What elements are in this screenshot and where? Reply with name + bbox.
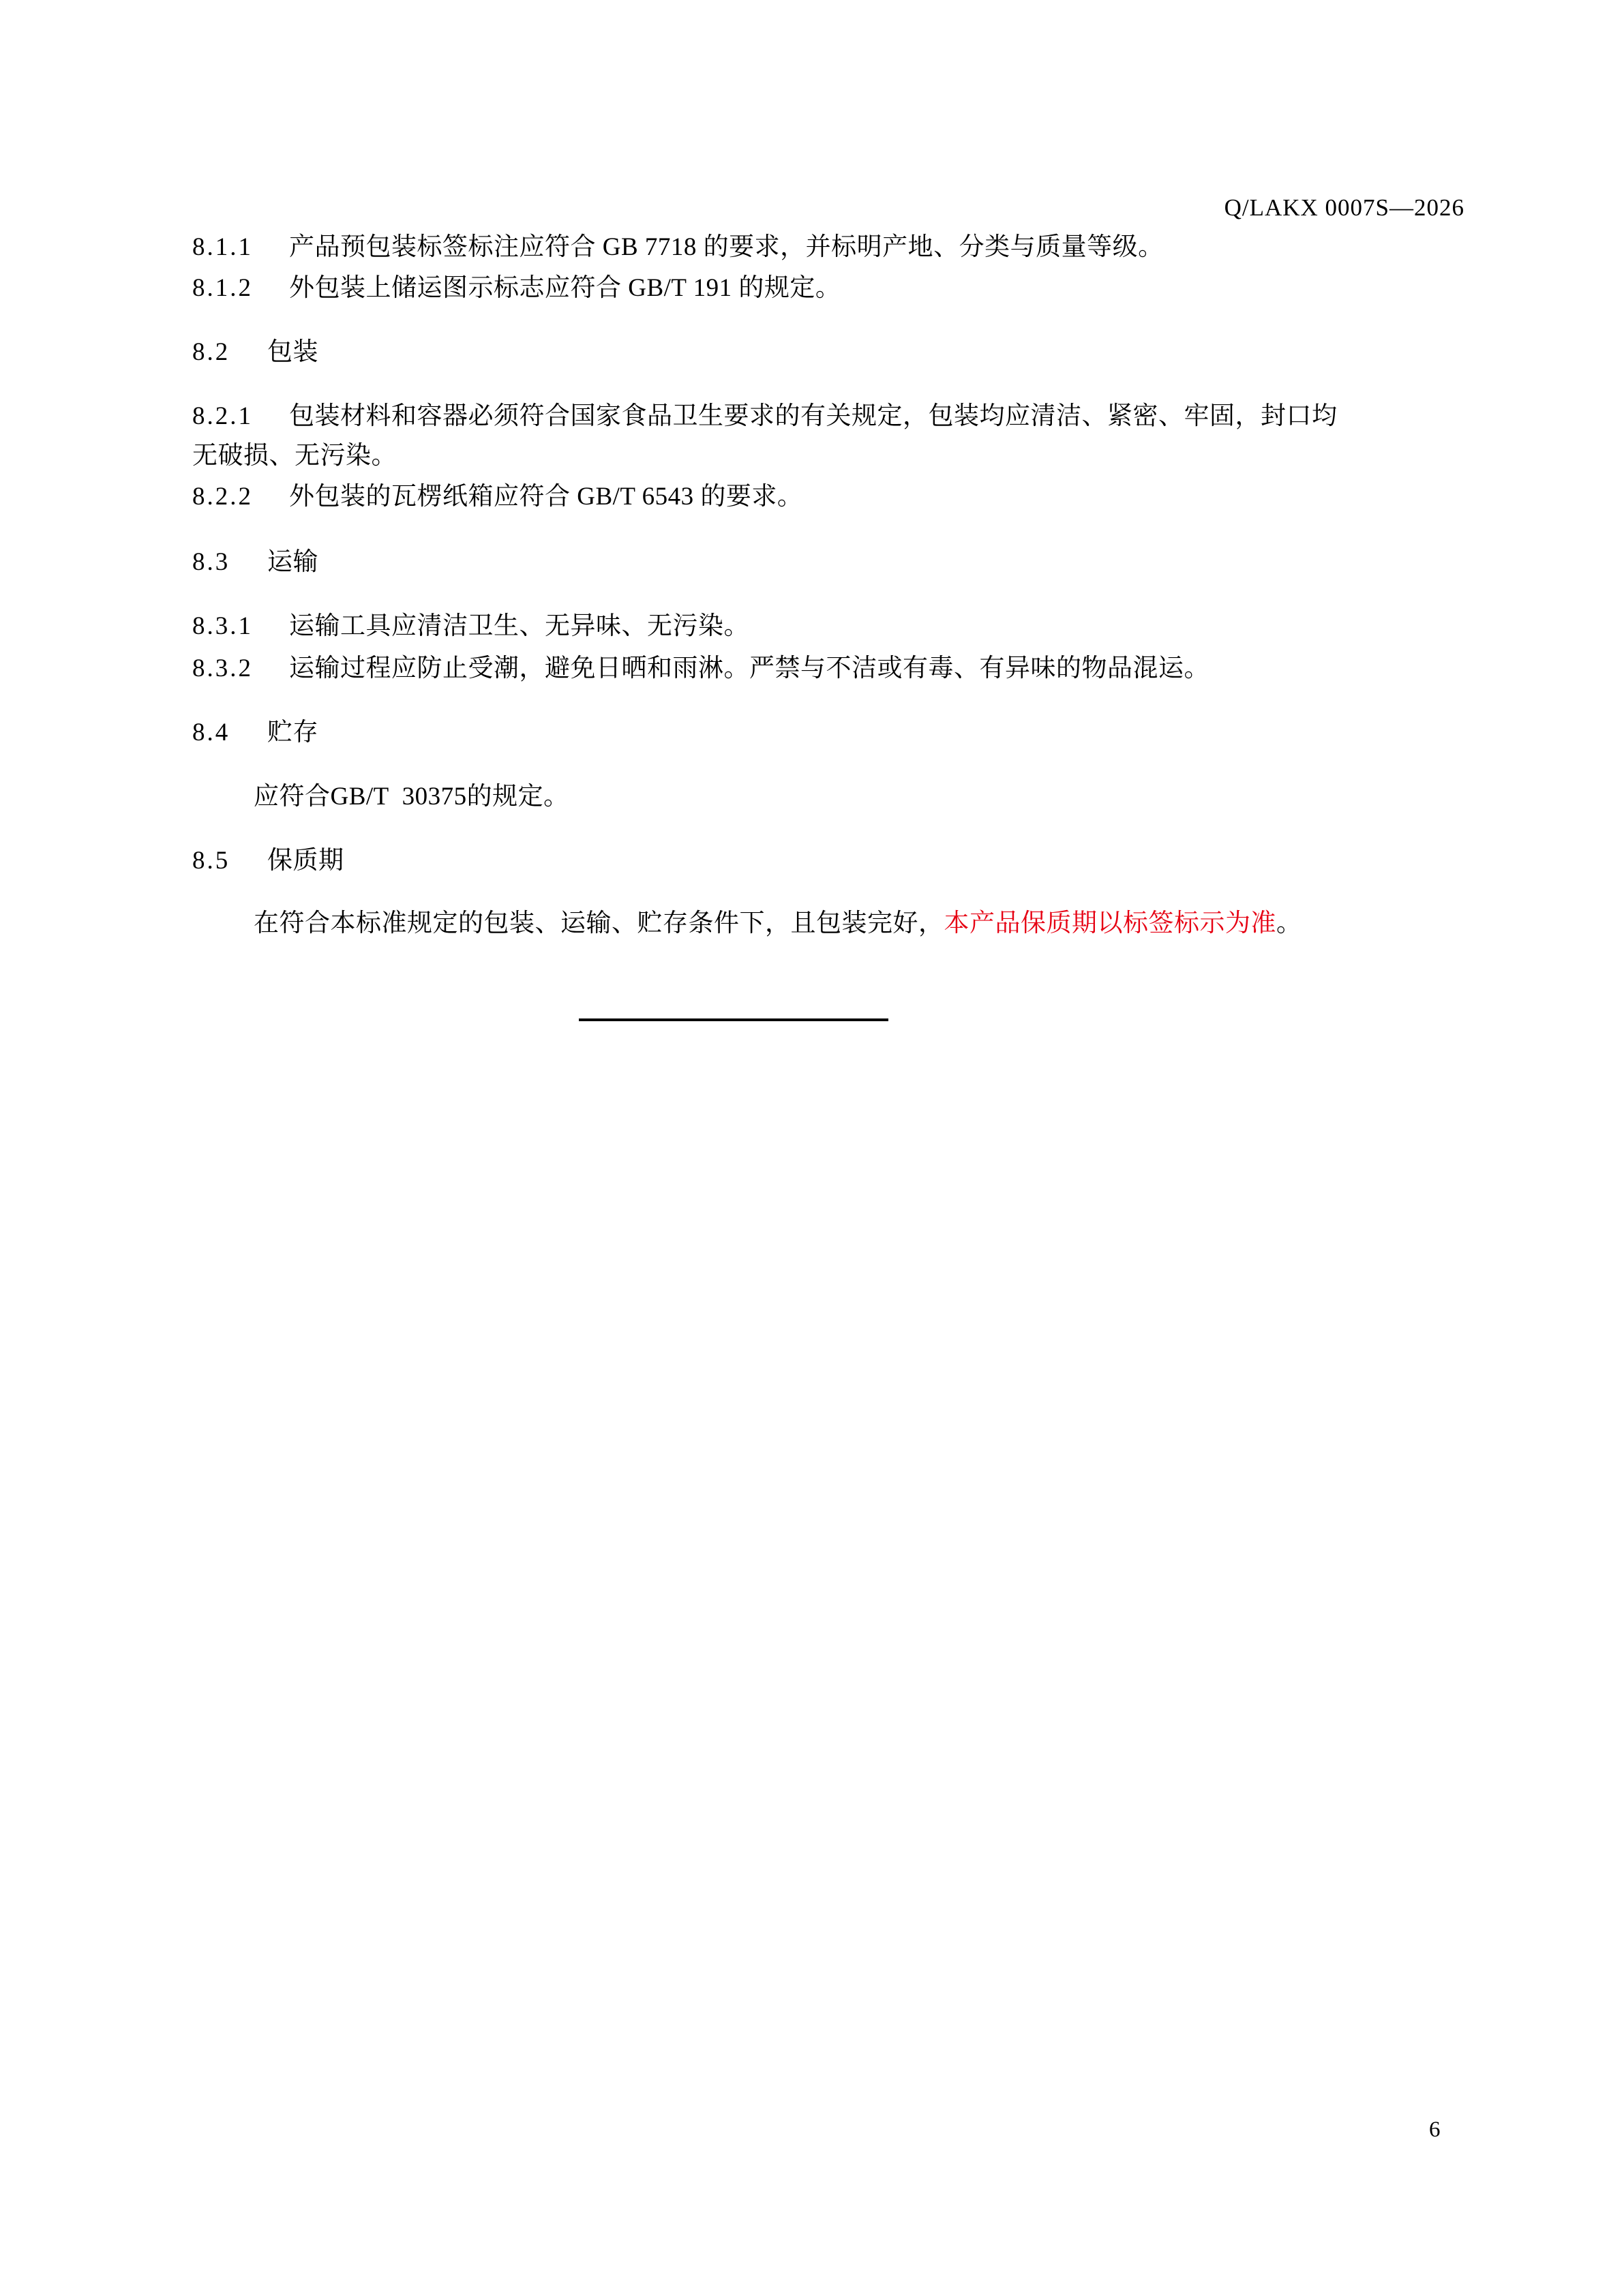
section-8-4-heading: 8.4贮存 (192, 717, 318, 749)
clause-text: 运输工具应清洁卫生、无异味、无污染。 (289, 612, 749, 640)
section-title: 保质期 (267, 847, 344, 875)
document-page: Q/LAKX 0007S—2026 8.1.1产品预包装标签标注应符合 GB 7… (0, 0, 1624, 2296)
section-8-3-heading: 8.3运输 (192, 547, 318, 578)
section-8-2-heading: 8.2包装 (192, 337, 318, 368)
end-of-document-rule (579, 1018, 888, 1021)
clause-text-continued: 无破损、无污染。 (192, 442, 397, 470)
standard-code-header: Q/LAKX 0007S—2026 (1224, 193, 1464, 223)
section-number: 8.4 (192, 717, 267, 749)
clause-8-1-2: 8.1.2外包装上储运图示标志应符合 GB/T 191 的规定。 (192, 273, 841, 304)
clause-number: 8.2.2 (192, 481, 289, 513)
page-number: 6 (1429, 2116, 1441, 2143)
clause-8-2-2: 8.2.2外包装的瓦楞纸箱应符合 GB/T 6543 的要求。 (192, 481, 802, 513)
section-8-5-body: 在符合本标准规定的包装、运输、贮存条件下，且包装完好，本产品保质期以标签标示为准… (254, 908, 1302, 939)
clause-8-2-1-line1: 8.2.1包装材料和容器必须符合国家食品卫生要求的有关规定，包装均应清洁、紧密、… (192, 401, 1338, 432)
section-title: 贮存 (267, 719, 318, 746)
shelf-life-highlight: 本产品保质期以标签标示为准 (944, 909, 1277, 937)
clause-text: 运输过程应防止受潮，避免日晒和雨淋。严禁与不洁或有毒、有异味的物品混运。 (289, 654, 1209, 682)
section-body: 应符合GB/T 30375的规定。 (254, 783, 569, 811)
clause-number: 8.2.1 (192, 401, 289, 432)
section-number: 8.2 (192, 337, 267, 368)
section-body-end: 。 (1276, 909, 1302, 937)
clause-8-1-1: 8.1.1产品预包装标签标注应符合 GB 7718 的要求，并标明产地、分类与质… (192, 232, 1164, 263)
clause-number: 8.1.2 (192, 273, 289, 304)
clause-text: 外包装上储运图示标志应符合 GB/T 191 的规定。 (289, 274, 841, 302)
clause-number: 8.3.1 (192, 611, 289, 642)
section-8-4-body: 应符合GB/T 30375的规定。 (254, 781, 569, 813)
section-title: 包装 (267, 338, 318, 366)
clause-8-2-1-line2: 无破损、无污染。 (192, 440, 397, 472)
clause-text: 产品预包装标签标注应符合 GB 7718 的要求，并标明产地、分类与质量等级。 (289, 233, 1164, 261)
clause-8-3-1: 8.3.1运输工具应清洁卫生、无异味、无污染。 (192, 611, 749, 642)
clause-8-3-2: 8.3.2运输过程应防止受潮，避免日晒和雨淋。严禁与不洁或有毒、有异味的物品混运… (192, 653, 1209, 684)
section-title: 运输 (267, 548, 318, 576)
section-8-5-heading: 8.5保质期 (192, 845, 344, 877)
clause-number: 8.3.2 (192, 653, 289, 684)
clause-number: 8.1.1 (192, 232, 289, 263)
clause-text: 外包装的瓦楞纸箱应符合 GB/T 6543 的要求。 (289, 483, 802, 511)
clause-text: 包装材料和容器必须符合国家食品卫生要求的有关规定，包装均应清洁、紧密、牢固，封口… (289, 402, 1338, 430)
section-number: 8.3 (192, 547, 267, 578)
section-number: 8.5 (192, 845, 267, 877)
section-body: 在符合本标准规定的包装、运输、贮存条件下，且包装完好， (254, 909, 944, 937)
